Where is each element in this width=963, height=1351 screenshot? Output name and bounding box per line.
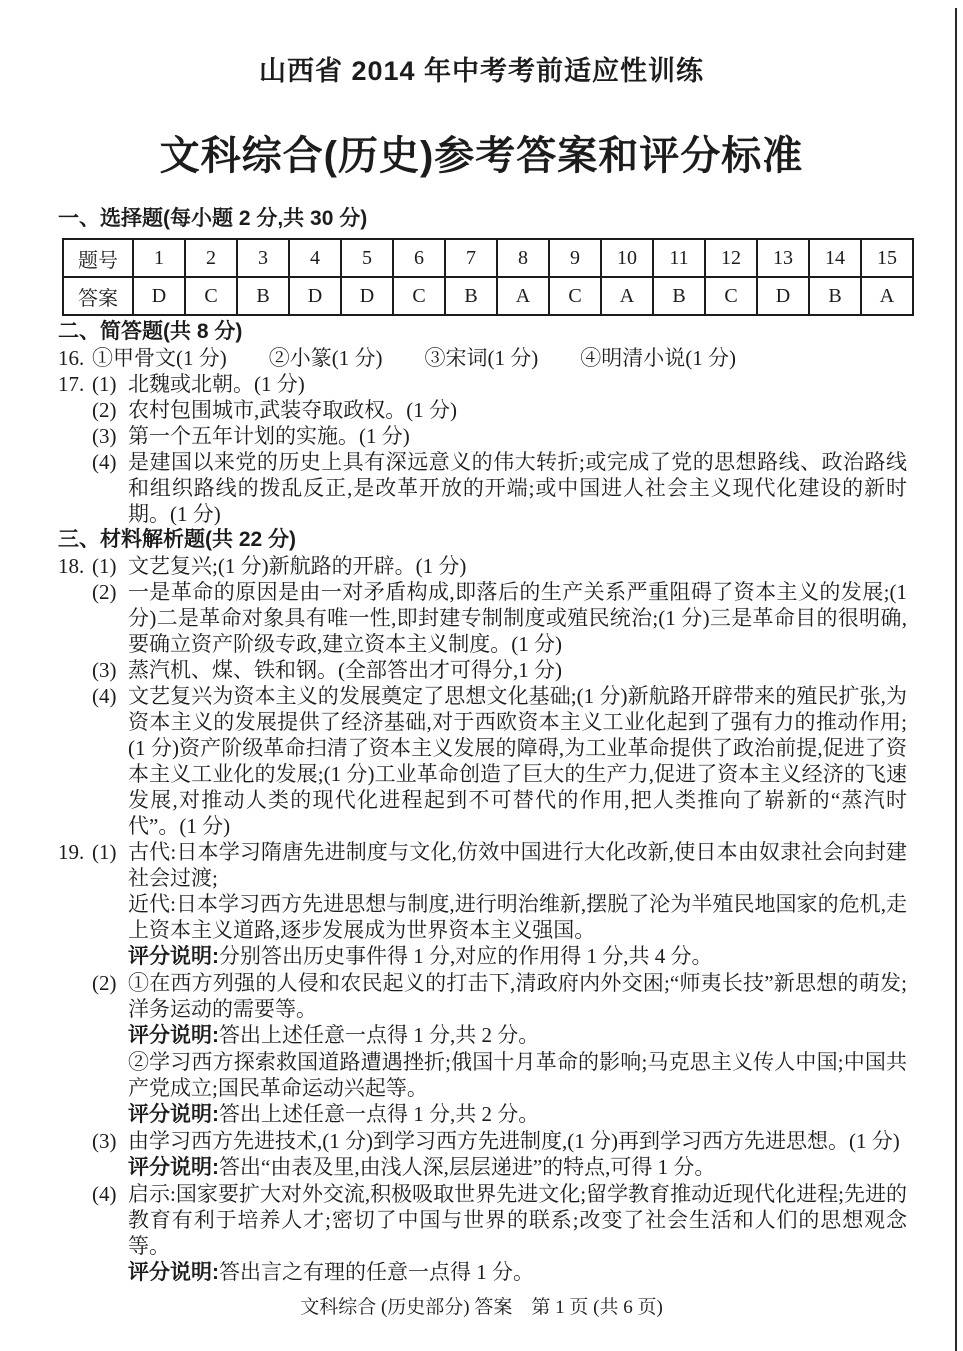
answer-cell: D [341,277,393,315]
question-number-cell: 7 [445,239,497,277]
row-label-cell: 答案 [63,277,133,315]
sub-question-tag: (3) [92,657,117,683]
exam-header-title: 山西省 2014 年中考考前适应性训练 [0,56,963,86]
answer-line: 评分说明:答出上述任意一点得 1 分,共 2 分。 [0,1022,963,1049]
sub-question-tag: (4) [92,449,117,475]
answer-line: 评分说明:答出“由表及里,由浅人深,层层递进”的特点,可得 1 分。 [0,1154,963,1181]
answer-cell: C [185,277,237,315]
question-number: 16. [58,345,84,371]
answer-line: 18.(1)文艺复兴;(1 分)新航路的开辟。(1 分) [0,553,963,579]
scoring-note-label: 评分说明: [128,1103,219,1126]
answer-cell: B [445,277,497,315]
answer-line: 19.(1)古代:日本学习隋唐先进制度与文化,仿效中国进行大化改新,使日本由奴隶… [0,839,963,891]
question-number-cell: 11 [653,239,705,277]
sub-question-tag: (2) [92,970,117,996]
sub-question-tag: (3) [92,1128,117,1154]
sub-question-tag: (4) [92,683,117,709]
scoring-note-label: 评分说明: [128,945,219,968]
question-number-cell: 14 [809,239,861,277]
answer-line: (4)文艺复兴为资本主义的发展奠定了思想文化基础;(1 分)新航路开辟带来的殖民… [0,683,963,839]
scoring-note-label: 评分说明: [128,1156,219,1179]
answer-cell: D [289,277,341,315]
sub-question-tag: (2) [92,579,117,605]
sub-question-tag: (3) [92,423,117,449]
answer-line: 近代:日本学习西方先进思想与制度,进行明治维新,摆脱了沦为半殖民地国家的危机,走… [0,891,963,943]
answer-line: 16.①甲骨文(1 分) ②小篆(1 分) ③宋词(1 分) ④明清小说(1 分… [0,345,963,371]
question-number-cell: 2 [185,239,237,277]
answer-line: (2)一是革命的原因是由一对矛盾构成,即落后的生产关系严重阻碍了资本主义的发展;… [0,579,963,657]
question-number: 18. [58,553,84,579]
answer-line: (3)由学习西方先进技术,(1 分)到学习西方先进制度,(1 分)再到学习西方先… [0,1128,963,1154]
answer-line: (4)启示:国家要扩大对外交流,积极吸取世界先进文化;留学教育推动近现代化进程;… [0,1181,963,1259]
question-number: 19. [58,839,84,865]
question-number-cell: 6 [393,239,445,277]
answer-line: 评分说明:答出言之有理的任意一点得 1 分。 [0,1259,963,1286]
answer-cell: A [601,277,653,315]
answer-line: ②学习西方探索救国道路遭遇挫折;俄国十月革命的影响;马克思主义传人中国;中国共产… [0,1049,963,1101]
sub-question-tag: (1) [92,553,117,579]
choice-answer-table: 题号123456789101112131415答案DCBDDCBACABCDBA [62,238,914,316]
section-short-answer-heading: 二、简答题(共 8 分) [0,319,963,345]
scoring-note-label: 评分说明: [128,1024,219,1047]
answer-cell: B [237,277,289,315]
question-number-cell: 3 [237,239,289,277]
question-number-cell: 15 [861,239,913,277]
sub-question-tag: (1) [92,839,117,865]
question-number-cell: 9 [549,239,601,277]
section-choice-heading: 一、选择题(每小题 2 分,共 30 分) [58,206,963,232]
scoring-note-label: 评分说明: [128,1261,219,1284]
table-row: 答案DCBDDCBACABCDBA [63,277,913,315]
answer-line: (2)农村包围城市,武装夺取政权。(1 分) [0,397,963,423]
answer-line: (3)第一个五年计划的实施。(1 分) [0,423,963,449]
question-number-cell: 1 [133,239,185,277]
answer-cell: A [497,277,549,315]
table-row: 题号123456789101112131415 [63,239,913,277]
sub-question-tag: (2) [92,397,117,423]
answer-cell: D [133,277,185,315]
answer-cell: C [705,277,757,315]
question-number-cell: 5 [341,239,393,277]
question-number-cell: 10 [601,239,653,277]
answer-line: 17.(1)北魏或北朝。(1 分) [0,371,963,397]
question-number-cell: 8 [497,239,549,277]
answer-line: (4)是建国以来党的历史上具有深远意义的伟大转折;或完成了党的思想路线、政治路线… [0,449,963,527]
answer-line: 评分说明:分别答出历史事件得 1 分,对应的作用得 1 分,共 4 分。 [0,943,963,970]
answer-cell: B [809,277,861,315]
answer-cell: D [757,277,809,315]
sub-question-tag: (1) [92,371,117,397]
sub-question-tag: (4) [92,1181,117,1207]
page-footer: 文科综合 (历史部分) 答案 第 1 页 (共 6 页) [0,1296,963,1320]
answer-cell: C [549,277,601,315]
answer-line: (2)①在西方列强的人侵和农民起义的打击下,清政府内外交困;“师夷长技”新思想的… [0,970,963,1022]
answer-cell: C [393,277,445,315]
question-number: 17. [58,371,84,397]
answer-line: 评分说明:答出上述任意一点得 1 分,共 2 分。 [0,1101,963,1128]
answer-cell: B [653,277,705,315]
page-title: 文科综合(历史)参考答案和评分标准 [0,132,963,180]
question-number-cell: 13 [757,239,809,277]
section-material-analysis-heading: 三、材料解析题(共 22 分) [0,527,963,553]
answer-line: (3)蒸汽机、煤、铁和钢。(全部答出才可得分,1 分) [0,657,963,683]
question-number-cell: 4 [289,239,341,277]
question-number-cell: 12 [705,239,757,277]
row-label-cell: 题号 [63,239,133,277]
answer-cell: A [861,277,913,315]
document-page: 山西省 2014 年中考考前适应性训练 文科综合(历史)参考答案和评分标准 一、… [0,0,963,1351]
answer-body: 二、简答题(共 8 分)16.①甲骨文(1 分) ②小篆(1 分) ③宋词(1 … [0,319,963,1286]
